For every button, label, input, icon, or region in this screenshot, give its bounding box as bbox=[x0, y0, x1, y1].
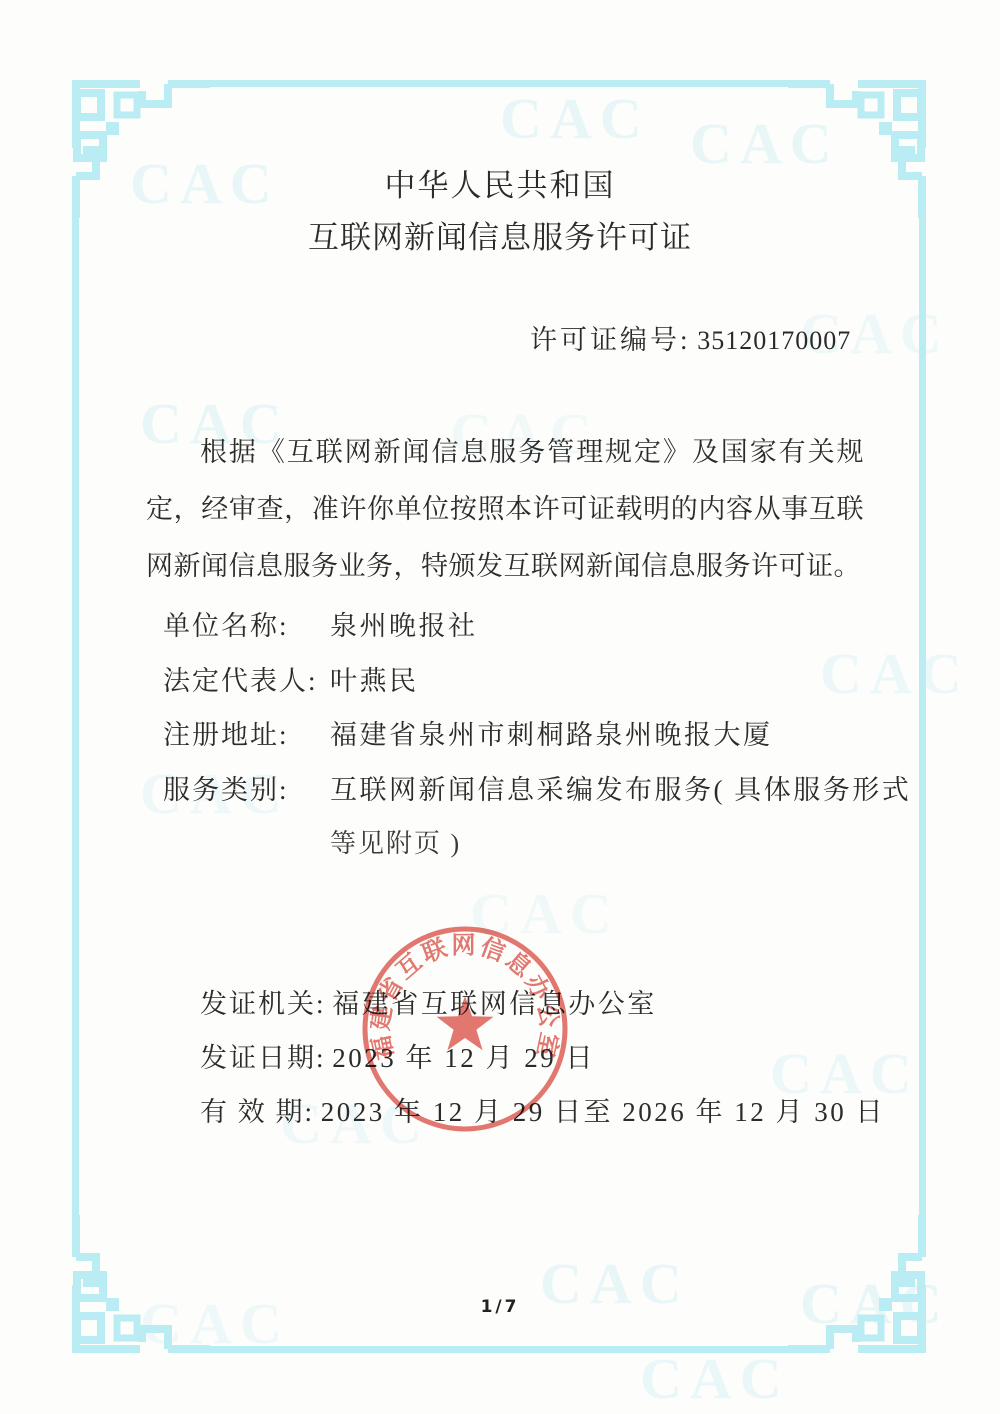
cac-watermark-text: CAC bbox=[820, 640, 970, 707]
field-value: 2023 年 12 月 29 日至 2026 年 12 月 30 日 bbox=[321, 1097, 885, 1127]
field-value: 叶燕民 bbox=[330, 666, 419, 696]
frame-border-right bbox=[919, 218, 926, 1215]
frame-border-top bbox=[210, 80, 788, 87]
field-label: 法定代表人: bbox=[163, 659, 330, 698]
certificate-page: CAC CAC CAC CAC CAC CAC CAC CAC CAC CAC … bbox=[0, 0, 1000, 1414]
license-number-line: 许可证编号: 35120170007 bbox=[530, 318, 851, 357]
grant-paragraph: 根据《互联网新闻信息服务管理规定》及国家有关规定，经审查，准许你单位按照本许可证… bbox=[146, 424, 864, 595]
field-row-issue-date: 发证日期: 2023 年 12 月 29 日 bbox=[200, 1036, 595, 1075]
field-label: 单位名称: bbox=[163, 604, 330, 643]
field-label: 发证日期: bbox=[200, 1043, 326, 1073]
field-value: 互联网新闻信息采编发布服务( 具体服务形式 bbox=[330, 775, 911, 805]
page-number: 1/7 bbox=[0, 1297, 1000, 1317]
field-row-legal-representative: 法定代表人:叶燕民 bbox=[163, 659, 419, 698]
license-number-value: 35120170007 bbox=[697, 326, 851, 355]
cac-watermark-text: CAC bbox=[640, 1345, 790, 1412]
license-number-label: 许可证编号: bbox=[530, 325, 691, 355]
field-row-unit-name: 单位名称:泉州晚报社 bbox=[163, 604, 478, 643]
certificate-title-name: 互联网新闻信息服务许可证 bbox=[0, 212, 1000, 257]
field-value-continuation: 等见附页 ) bbox=[330, 823, 461, 860]
field-row-registered-address: 注册地址:福建省泉州市刺桐路泉州晚报大厦 bbox=[163, 713, 773, 752]
field-label: 发证机关: bbox=[200, 989, 326, 1019]
frame-border-left bbox=[72, 218, 79, 1215]
cac-watermark-text: CAC bbox=[470, 880, 620, 947]
field-value: 福建省互联网信息办公室 bbox=[332, 989, 657, 1019]
field-row-issuing-authority: 发证机关: 福建省互联网信息办公室 bbox=[200, 982, 657, 1021]
field-label: 服务类别: bbox=[163, 768, 330, 807]
field-row-service-category: 服务类别:互联网新闻信息采编发布服务( 具体服务形式 bbox=[163, 768, 911, 807]
field-value: 2023 年 12 月 29 日 bbox=[332, 1043, 595, 1073]
field-label: 注册地址: bbox=[163, 713, 330, 752]
certificate-title-country: 中华人民共和国 bbox=[0, 160, 1000, 205]
field-label: 有 效 期: bbox=[200, 1097, 314, 1127]
field-value: 福建省泉州市刺桐路泉州晚报大厦 bbox=[330, 720, 773, 750]
cac-watermark-text: CAC bbox=[500, 85, 650, 152]
field-value: 泉州晚报社 bbox=[330, 611, 478, 641]
frame-border-bottom bbox=[210, 1346, 788, 1353]
corner-ornament-bottom-right bbox=[788, 1215, 928, 1355]
corner-ornament-bottom-left bbox=[70, 1215, 210, 1355]
field-row-validity-period: 有 效 期: 2023 年 12 月 29 日至 2026 年 12 月 30 … bbox=[200, 1090, 885, 1129]
